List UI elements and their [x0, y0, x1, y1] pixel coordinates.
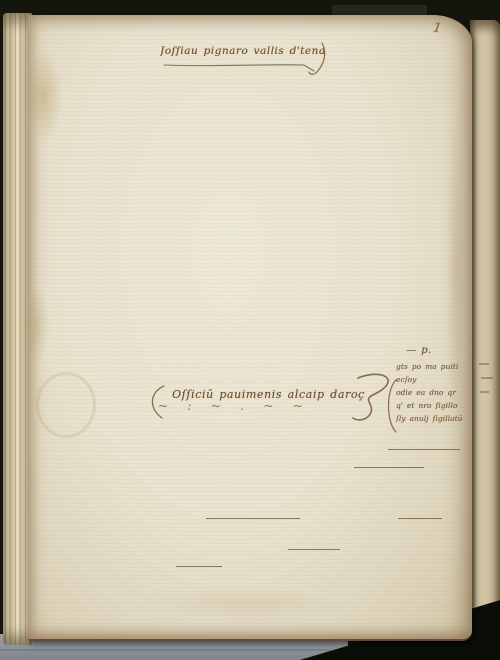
strikethrough-mark	[398, 518, 442, 519]
margin-note-line: ſly anulj ſigillatū	[396, 412, 472, 425]
margin-note-line: q' et nro ſigillo	[396, 399, 472, 412]
manuscript-page	[28, 15, 472, 641]
edge-ink-speck	[479, 363, 489, 365]
margin-note: gts po ma puiti ecſoy odie ea dno qr q' …	[396, 360, 472, 425]
facing-page-edge	[470, 20, 500, 640]
rubric-right-flourish	[348, 370, 400, 426]
edge-ink-speck	[480, 391, 489, 393]
heading-underline-flourish	[152, 40, 342, 80]
strikethrough-mark	[354, 467, 424, 468]
manuscript-photo: 1 Joſſiau pignaro vallis d'tena aſſo qtr…	[0, 0, 500, 660]
edge-ink-speck	[481, 377, 493, 379]
margin-note-line: gts po ma puiti	[396, 360, 472, 373]
strikethrough-mark	[206, 518, 300, 519]
table-seam-line	[0, 649, 332, 651]
strikethrough-mark	[176, 566, 222, 567]
margin-note-line: odie ea dno qr	[396, 386, 472, 399]
strikethrough-mark	[288, 549, 340, 550]
strikethrough-mark	[388, 449, 460, 450]
entry-end-mark: — p.	[406, 345, 431, 356]
margin-note-line: ecſoy	[396, 373, 472, 386]
